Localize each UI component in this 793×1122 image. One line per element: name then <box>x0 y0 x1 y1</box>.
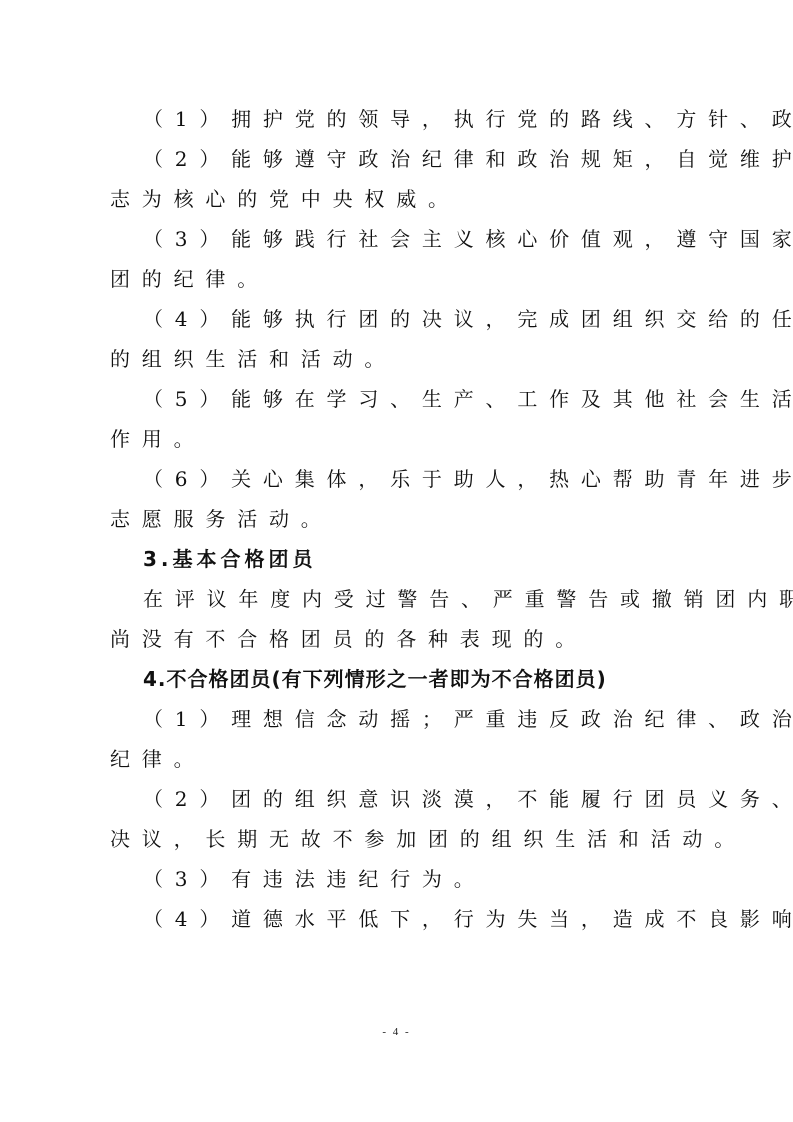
disqualify-1-cont: 纪律。 <box>110 745 205 773</box>
disqualify-1: （1）理想信念动摇；严重违反政治纪律、政治规矩和组织 <box>143 705 793 733</box>
disqualify-2-cont: 决议，长期无故不参加团的组织生活和活动。 <box>110 825 746 853</box>
disqualify-4: （4）道德水平低下，行为失当，造成不良影响。 <box>143 905 793 933</box>
criterion-2-cont: 志为核心的党中央权威。 <box>110 185 460 213</box>
criterion-3: （3）能够践行社会主义核心价值观，遵守国家法律法规和 <box>143 225 793 253</box>
criterion-3-cont: 团的纪律。 <box>110 265 269 293</box>
criterion-1: （1）拥护党的领导，执行党的路线、方针、政策。 <box>143 105 793 133</box>
section-3-text: 在评议年度内受过警告、严重警告或撤销团内职务处分，但 <box>143 585 793 613</box>
section-3-heading: 3.基本合格团员 <box>143 545 317 573</box>
section-4-heading: 4.不合格团员(有下列情形之一者即为不合格团员) <box>143 665 607 693</box>
criterion-4-cont: 的组织生活和活动。 <box>110 345 396 373</box>
criterion-6: （6）关心集体，乐于助人，热心帮助青年进步，积极参加 <box>143 465 793 493</box>
criterion-2: （2）能够遵守政治纪律和政治规矩，自觉维护以习近平同 <box>143 145 793 173</box>
section-3-text-cont: 尚没有不合格团员的各种表现的。 <box>110 625 587 653</box>
disqualify-2: （2）团的组织意识淡漠，不能履行团员义务、不执行团的 <box>143 785 793 813</box>
disqualify-3: （3）有违法违纪行为。 <box>143 865 486 893</box>
criterion-4: （4）能够执行团的决议，完成团组织交给的任务，参加团 <box>143 305 793 333</box>
criterion-5-cont: 作用。 <box>110 425 205 453</box>
page-number: - 4 - <box>0 1026 793 1038</box>
criterion-5: （5）能够在学习、生产、工作及其他社会生活中发挥积极 <box>143 385 793 413</box>
criterion-6-cont: 志愿服务活动。 <box>110 505 333 533</box>
